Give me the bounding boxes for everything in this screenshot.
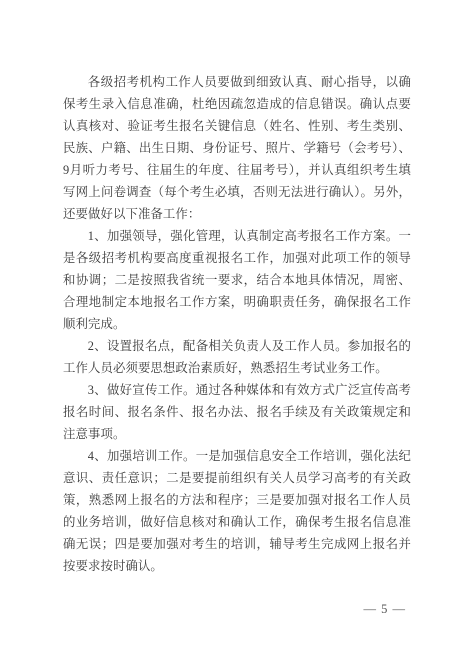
page-number: — 5 — <box>364 600 407 618</box>
paragraph-item-4: 4、加强培训工作。一是加强信息安全工作培训，强化法纪意识、责任意识；二是要提前组… <box>63 445 411 577</box>
document-page: 各级招考机构工作人员要做到细致认真、耐心指导，以确保考生录入信息准确，杜绝因疏忽… <box>0 0 472 667</box>
paragraph-item-3: 3、做好宣传工作。通过各种媒体和有效方式广泛宣传高考报名时间、报名条件、报名办法… <box>63 379 411 445</box>
paragraph-intro: 各级招考机构工作人员要做到细致认真、耐心指导，以确保考生录入信息准确，杜绝因疏忽… <box>63 71 411 225</box>
document-body: 各级招考机构工作人员要做到细致认真、耐心指导，以确保考生录入信息准确，杜绝因疏忽… <box>63 71 411 577</box>
paragraph-item-2: 2、设置报名点，配备相关负责人及工作人员。参加报名的工作人员必须要思想政治素质好… <box>63 335 411 379</box>
paragraph-item-1: 1、加强领导，强化管理，认真制定高考报名工作方案。一是各级招考机构要高度重视报名… <box>63 225 411 335</box>
